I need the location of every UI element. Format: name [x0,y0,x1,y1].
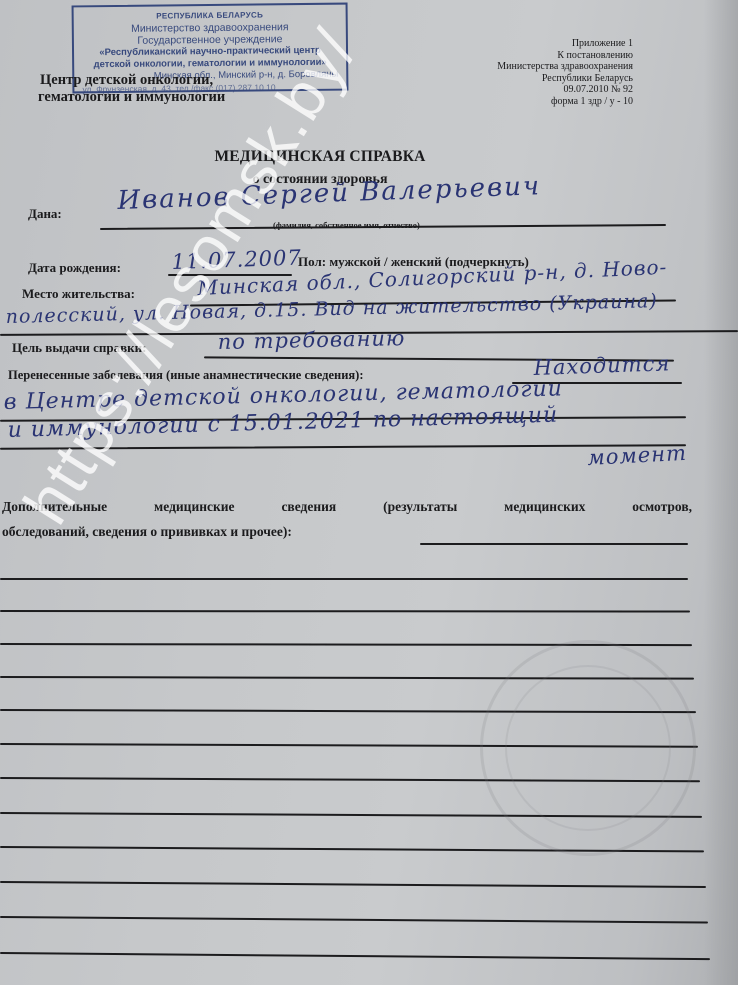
organization-line-1: Центр детской онкологии, [40,72,225,89]
purpose-value: по требованию [217,326,405,354]
past-diseases-value-line4: момент [587,441,688,470]
blank-ruled-line [0,578,688,580]
appendix-line: 09.07.2010 № 92 [455,84,633,96]
blank-ruled-line [0,881,706,888]
form-appendix-reference: Приложение 1 К постановлению Министерств… [455,38,633,107]
document-title: МЕДИЦИНСКАЯ СПРАВКА [0,148,640,166]
birth-date-label: Дата рождения: [28,260,121,276]
blank-ruled-line [0,952,710,960]
residence-label: Место жительства: [22,286,135,302]
blank-ruled-line [0,916,708,924]
additional-info-label-line2: обследований, сведения о прививках и про… [2,524,292,540]
appendix-line: Республики Беларусь [455,73,633,85]
faded-seal-impression [480,640,696,856]
additional-info-underline-0 [420,543,688,545]
paper-edge-shadow [704,0,738,985]
appendix-line: Приложение 1 [455,38,633,50]
past-diseases-label: Перенесенные заболевания (иные анамнести… [8,368,364,383]
organization-line-2: гематологии и иммунологии [38,89,225,106]
issued-to-hint: (фамилия, собственное имя, отчество) [273,220,420,230]
medical-certificate-page: РЕСПУБЛИКА БЕЛАРУСЬ Министерство здравоо… [0,0,738,985]
appendix-line: Министерства здравоохранения [455,61,633,73]
blank-ruled-line [0,610,690,613]
issued-to-label: Дана: [28,206,62,222]
organization-name: Центр детской онкологии, гематологии и и… [40,72,225,106]
additional-info-label-line1: Дополнительные медицинские сведения (рез… [2,494,692,520]
appendix-line: форма 1 здр / у - 10 [455,96,633,108]
appendix-line: К постановлению [455,50,633,62]
